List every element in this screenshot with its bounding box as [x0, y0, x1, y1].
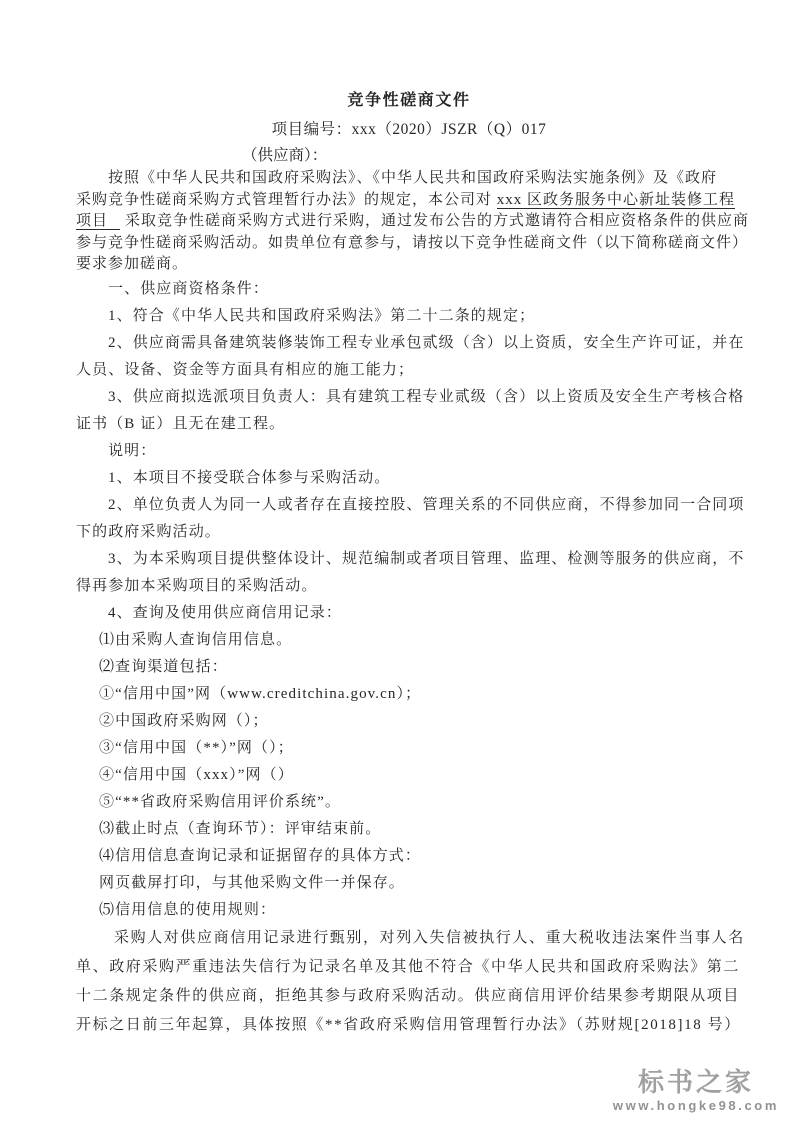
intro-text: 采取竞争性磋商采购方式进行采购，通过发布公告的方式邀请符合相应资格条件的供应商 [125, 213, 749, 229]
section-line: ①“信用中国”网（www.creditchina.gov.cn）； [76, 681, 742, 708]
section-line: 2、单位负责人为同一人或者存在直接控股、管理关系的不同供应商，不得参加同一合同项 [76, 492, 742, 519]
watermark: 标书之家 www.hongke98.com [613, 1067, 779, 1114]
closing-line: 开标之日前三年起算，具体按照《**省政府采购信用管理暂行办法》（苏财规[2018… [76, 1011, 742, 1040]
section-line: 网页截屏打印，与其他采购文件一并保存。 [76, 870, 742, 897]
section-line: ⑸信用信息的使用规则： [76, 897, 742, 924]
section-line: 3、供应商拟选派项目负责人：具有建筑工程专业贰级（含）以上资质及安全生产考核合格 [76, 384, 742, 411]
section-line: 1、符合《中华人民共和国政府采购法》第二十二条的规定； [76, 303, 742, 330]
watermark-brand: 标书之家 [613, 1067, 779, 1097]
project-number: 项目编号：xxx（2020）JSZR（Q）017 [76, 116, 742, 144]
intro-line: 按照《中华人民共和国政府采购法》、《中华人民共和国政府采购法实施条例》及《政府 [76, 168, 742, 190]
section-line: 得再参加本采购项目的采购活动。 [76, 573, 742, 600]
section-line: 人员、设备、资金等方面具有相应的施工能力； [76, 357, 742, 384]
section-line: ⑴由采购人查询信用信息。 [76, 627, 742, 654]
section-line: 下的政府采购活动。 [76, 519, 742, 546]
closing-line: 采购人对供应商信用记录进行甄别，对列入失信被执行人、重大税收违法案件当事人名 [76, 924, 742, 953]
section-line: ⑷信用信息查询记录和证据留存的具体方式： [76, 843, 742, 870]
closing-paragraph: 采购人对供应商信用记录进行甄别，对列入失信被执行人、重大税收违法案件当事人名单、… [76, 924, 742, 1040]
qualification-and-credit-sections: 一、供应商资格条件：1、符合《中华人民共和国政府采购法》第二十二条的规定；2、供… [76, 276, 742, 924]
intro-line: 参与竞争性磋商采购活动。如贵单位有意参与，请按以下竞争性磋商文件（以下简称磋商文… [76, 233, 742, 255]
section-line: 说明： [76, 438, 742, 465]
document-body: 竞争性磋商文件 项目编号：xxx（2020）JSZR（Q）017 （供应商）： … [76, 86, 742, 1040]
section-line: 证书（B 证）且无在建工程。 [76, 411, 742, 438]
supplier-line: （供应商）： [76, 144, 742, 168]
section-line: ②中国政府采购网（）； [76, 708, 742, 735]
intro-text: 采购竞争性磋商采购方式管理暂行办法》的规定，本公司对 [76, 192, 497, 208]
watermark-url: www.hongke98.com [613, 1097, 779, 1114]
section-line: 3、为本采购项目提供整体设计、规范编制或者项目管理、监理、检测等服务的供应商，不 [76, 546, 742, 573]
section-line: ⑤“**省政府采购信用评价系统”。 [76, 789, 742, 816]
intro-line: 采购竞争性磋商采购方式管理暂行办法》的规定，本公司对 xxx 区政务服务中心新址… [76, 190, 742, 212]
document-title: 竞争性磋商文件 [76, 86, 742, 116]
intro-line: 项目采取竞争性磋商采购方式进行采购，通过发布公告的方式邀请符合相应资格条件的供应… [76, 211, 742, 233]
section-line: 2、供应商需具备建筑装修装饰工程专业承包贰级（含）以上资质，安全生产许可证，并在 [76, 330, 742, 357]
section-line: ⑶截止时点（查询环节）：评审结束前。 [76, 816, 742, 843]
section-line: ⑵查询渠道包括： [76, 654, 742, 681]
section-line: 1、本项目不接受联合体参与采购活动。 [76, 465, 742, 492]
underlined-project-name: 项目 [76, 213, 120, 230]
intro-paragraph: 按照《中华人民共和国政府采购法》、《中华人民共和国政府采购法实施条例》及《政府 … [76, 168, 742, 276]
section-line: ④“信用中国（xxx）”网（） [76, 762, 742, 789]
underlined-project-name: xxx 区政务服务中心新址装修工程 [497, 192, 735, 209]
intro-line: 要求参加磋商。 [76, 254, 742, 276]
closing-line: 十二条规定条件的供应商，拒绝其参与政府采购活动。供应商信用评价结果参考期限从项目 [76, 982, 742, 1011]
document-page: 竞争性磋商文件 项目编号：xxx（2020）JSZR（Q）017 （供应商）： … [0, 0, 793, 1122]
section-line: ③“信用中国（**）”网（）； [76, 735, 742, 762]
section-line: 一、供应商资格条件： [76, 276, 742, 303]
section-line: 4、查询及使用供应商信用记录： [76, 600, 742, 627]
closing-line: 单、政府采购严重违法失信行为记录名单及其他不符合《中华人民共和国政府采购法》第二 [76, 953, 742, 982]
